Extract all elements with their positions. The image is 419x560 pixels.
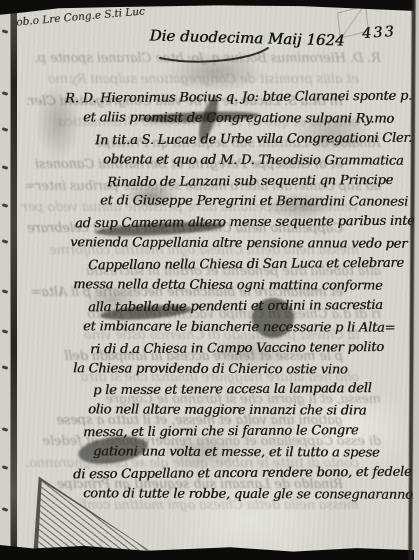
neighbor-page-strip bbox=[0, 0, 11, 560]
neighbor-text-fragment bbox=[2, 29, 9, 34]
manuscript-line: la Chiesa providendo di Chierico ostie v… bbox=[73, 359, 413, 381]
manuscript-line: et imbiancare le biancherie necessarie p… bbox=[83, 317, 413, 339]
manuscript-line: messa, et li giorni che si faranno le Co… bbox=[83, 421, 413, 444]
manuscript-line: olio nell altare maggiore innanzi che si… bbox=[88, 401, 413, 423]
neighbor-text-fragment bbox=[2, 91, 9, 96]
neighbor-text-fragment bbox=[2, 507, 9, 512]
neighbor-text-fragment bbox=[2, 427, 9, 432]
neighbor-text-fragment bbox=[2, 465, 9, 470]
neighbor-text-fragment bbox=[2, 239, 9, 244]
manuscript-line: R. D. Hieronimus Bocius q. Jo: btae Clar… bbox=[65, 87, 413, 111]
manuscript-line: et aliis promisit de Congregatione sulpa… bbox=[83, 108, 413, 130]
neighbor-text-fragment bbox=[2, 165, 9, 170]
binding-gutter-shadow bbox=[11, 0, 17, 560]
manuscript-line: et di Giuseppe Peregrini et Bernardini C… bbox=[100, 192, 413, 214]
manuscript-line: venienda Cappellania altre pensione annu… bbox=[70, 233, 413, 255]
manuscript-line: di esso Cappellano et ancora rendere bon… bbox=[73, 463, 413, 487]
neighbor-text-fragment bbox=[2, 127, 9, 132]
neighbor-text-fragment bbox=[2, 365, 9, 370]
manuscript-line: alla tabella due pendenti et ordini in s… bbox=[88, 296, 413, 319]
manuscript-line: Cappellano nella Chiesa di San Luca et c… bbox=[88, 254, 413, 277]
manuscript-page: R. D. Hieronimus Bocius q. Jo: btae Clar… bbox=[0, 0, 419, 560]
neighbor-text-fragment bbox=[2, 203, 9, 208]
manuscript-line: obtenta et quo ad M. D. Theodisio Gramma… bbox=[103, 150, 413, 172]
manuscript-line: Rinaldo de Lanzani sub sequenti qn Princ… bbox=[107, 170, 413, 193]
manuscript-line: ad sup Cameram altero mense sequente par… bbox=[75, 212, 413, 236]
neighbor-text-fragment bbox=[2, 289, 9, 294]
manuscript-line: p le messe et tenere accesa la lampada d… bbox=[93, 379, 413, 402]
neighbor-text-fragment bbox=[2, 329, 9, 334]
manuscript-line: gationi una volta et messe, et il tutto … bbox=[93, 442, 413, 464]
manuscript-line: messa nella detta Chiesa ogni mattina co… bbox=[73, 275, 413, 297]
heading-underline-flourish bbox=[150, 45, 310, 69]
manuscript-line: ri di d.a Chiesa in Campo Vaccino tener … bbox=[90, 337, 413, 360]
manuscript-line: In tit.a S. Lucae de Urbe villa Congrega… bbox=[95, 129, 413, 152]
body-text: R. D. Hieronimus Bocius q. Jo: btae Clar… bbox=[15, 88, 413, 506]
manuscript-line: conto di tutte le robbe, quale gle se co… bbox=[83, 484, 413, 506]
